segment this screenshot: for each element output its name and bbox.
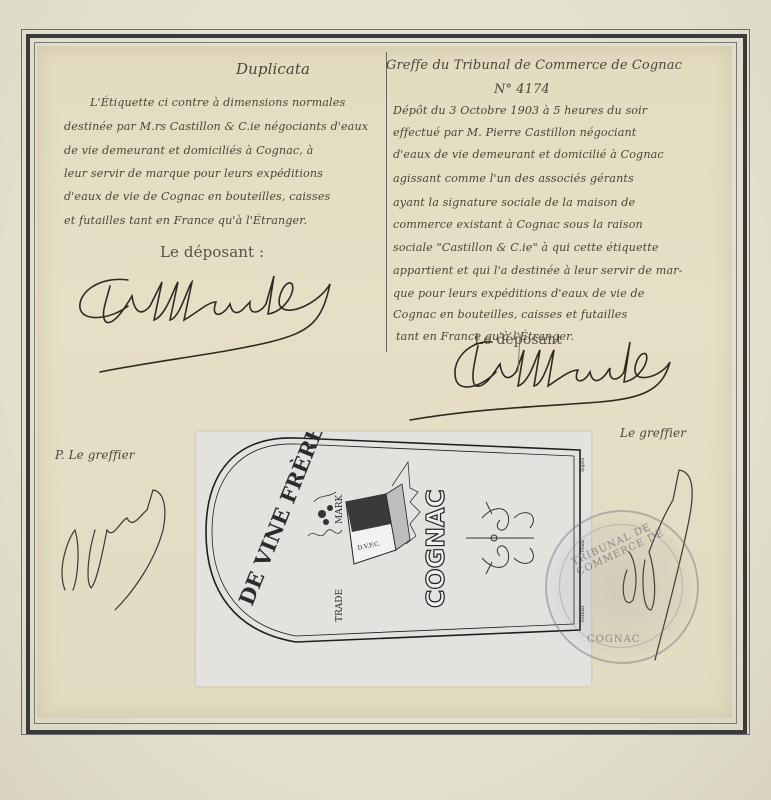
ornament [466,502,534,574]
greffier-label-left: P. Le greffier [55,448,135,462]
trade-text: TRADE [335,589,345,622]
signature-castillon-left [70,262,390,382]
right-text-line: Dépôt du 3 Octobre 1903 à 5 heures du so… [393,104,647,117]
archive-page: Duplicata L'Étiquette ci contre à dimens… [0,0,771,800]
cognac-box-illustration: D.V.F.C. [308,462,420,564]
left-text-line: de vie demeurant et domiciliés à Cognac,… [64,144,313,157]
signature-castillon-right [400,332,720,432]
tribunal-stamp: TRIBUNAL DE COMMERCE DE COGNAC [545,510,699,664]
greffier-label-right: Le greffier [620,426,686,440]
left-text-line: destinée par M.rs Castillon & C.ie négoc… [64,120,368,133]
right-text-line: sociale "Castillon & C.ie" à qui cette é… [393,241,659,254]
registration-number: N° 4174 [494,82,550,97]
mark-text: MARK [335,495,345,524]
right-text-line: commerce existant à Cognac sous la raiso… [393,218,643,231]
left-text-line: d'eaux de vie de Cognac en bouteilles, c… [64,190,330,203]
left-text-line: leur servir de marque pour leurs expédit… [64,167,323,180]
right-text-line: que pour leurs expéditions d'eaux de vie… [393,287,644,300]
greffe-title: Greffe du Tribunal de Commerce de Cognac [386,58,682,73]
duplicata-title: Duplicata [236,60,310,78]
signature-joubert-left [55,470,195,610]
right-text-line: agissant comme l'un des associés gérants [393,172,634,185]
right-text-line: appartient et qui l'a destinée à leur se… [393,264,683,277]
svg-text:Sujets: Sujets [580,457,586,472]
right-text-line: effectué par M. Pierre Castillon négocia… [393,126,636,139]
left-text-line: et futailles tant en France qu'à l'Étran… [64,214,307,227]
right-text-line: Cognac en bouteilles, caisses et futaill… [393,308,627,321]
product-name: COGNAC [421,489,450,608]
deposant-label-left: Le déposant : [160,243,264,261]
left-text-line: L'Étiquette ci contre à dimensions norma… [90,96,345,109]
trademark-label: DE VINE FRÈRES & C° TRADE MARK D.V.F.C. [196,432,591,686]
right-text-line: d'eaux de vie demeurant et domicilié à C… [393,148,664,161]
right-text-line: ayant la signature sociale de la maison … [393,196,635,209]
